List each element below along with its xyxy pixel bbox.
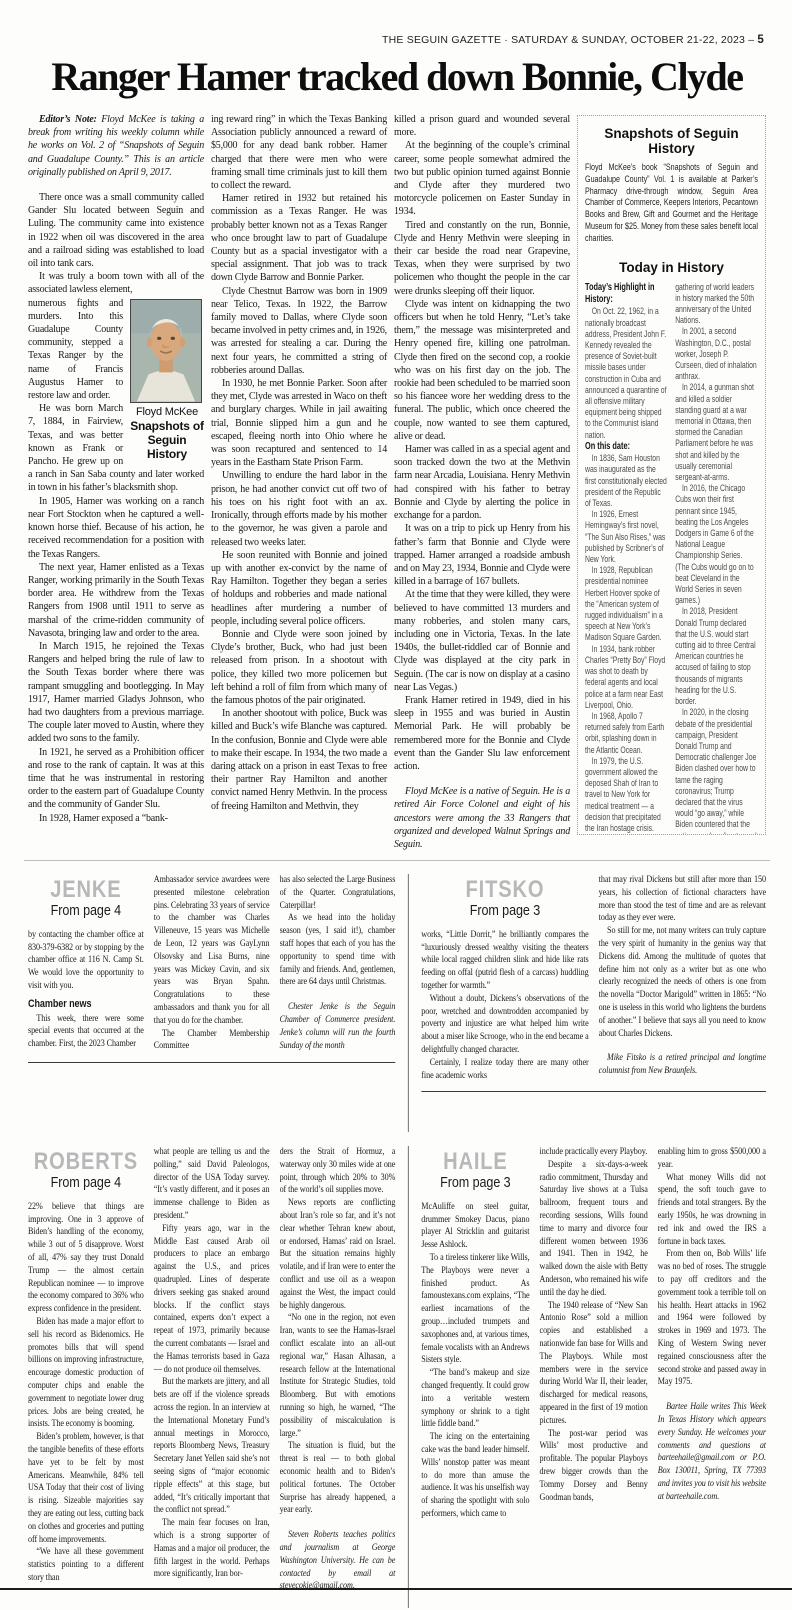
- history-entry: gathering of world leaders in history ma…: [675, 282, 758, 327]
- paragraph: Without a doubt, Dickens’s observations …: [421, 993, 588, 1057]
- paragraph: Tired and constantly on the run, Bonnie,…: [394, 219, 570, 298]
- haile-column-1: HAILE From page 3 McAuliffe on steel gui…: [421, 1146, 529, 1521]
- section-from-jenke: From page 4: [28, 905, 144, 918]
- history-entry: In 2016, the Chicago Cubs won their firs…: [675, 483, 758, 606]
- history-entry: In 1981, the Professional Air Traffic Co…: [585, 834, 668, 835]
- section-from-haile: From page 3: [421, 1177, 529, 1190]
- paragraph: Biden has made a major effort to sell hi…: [28, 1316, 144, 1431]
- photo-box: Floyd McKee Snapshots of Seguin History: [130, 299, 204, 461]
- article-column-1: Editor’s Note: Floyd McKee is taking a b…: [28, 113, 204, 855]
- section-title-fitsko: FITSKO: [421, 877, 588, 902]
- paragraph: “No one in the region, not even Iran, wa…: [280, 1312, 396, 1440]
- paragraph: Despite a six-days-a-week radio commitme…: [540, 1159, 648, 1300]
- paragraph: The next year, Hamer enlisted as a Texas…: [28, 561, 204, 640]
- section-roberts: ROBERTS From page 4 22% believe that thi…: [28, 1146, 395, 1593]
- history-entry: In 2001, a second Washington, D.C., post…: [675, 326, 758, 382]
- history-sidebar: Snapshots of Seguin History Floyd McKee’…: [577, 115, 766, 835]
- article-column-2: ing reward ring” in which the Texas Bank…: [211, 113, 387, 855]
- paragraph: Unwilling to endure the hard labor in th…: [211, 469, 387, 548]
- main-article: Editor’s Note: Floyd McKee is taking a b…: [28, 113, 766, 855]
- paragraph: Floyd McKee is a native of Seguin. He is…: [394, 785, 570, 851]
- fitsko-column-1: FITSKO From page 3 works, “Little Dorrit…: [421, 874, 588, 1082]
- article-col1-top: Editor’s Note: Floyd McKee is taking a b…: [28, 113, 204, 297]
- history-entry: On Oct. 22, 1962, in a nationally broadc…: [585, 306, 668, 440]
- roberts-column-2: what people are telling us and the polli…: [154, 1146, 270, 1593]
- jenke-column-2: Ambassador service awardees were present…: [154, 874, 270, 1053]
- masthead-text: THE SEGUIN GAZETTE · SATURDAY & SUNDAY, …: [382, 34, 754, 46]
- paragraph: In 1905, Hamer was working on a ranch ne…: [28, 495, 204, 561]
- paragraph: Chamber news: [28, 998, 144, 1011]
- paragraph: Bonnie and Clyde were soon joined by Cly…: [211, 628, 387, 707]
- paragraph: The Chamber Membership Committee: [154, 1028, 270, 1054]
- section-separator-rule: [24, 860, 770, 861]
- history-column-left: Today’s Highlight in History:On Oct. 22,…: [585, 282, 668, 835]
- fitsko-column-2: that may rival Dickens but still after m…: [599, 874, 766, 1082]
- paragraph: Hamer was called in as a special agent a…: [394, 443, 570, 522]
- paragraph: include practically every Playboy.: [540, 1146, 648, 1159]
- newspaper-page: THE SEGUIN GAZETTE · SATURDAY & SUNDAY, …: [0, 0, 792, 1610]
- history-entry: In 1836, Sam Houston was inaugurated as …: [585, 453, 668, 509]
- haile-column-3: enabling him to gross $500,000 a year.Wh…: [658, 1146, 766, 1521]
- paragraph: Ambassador service awardees were present…: [154, 874, 270, 1028]
- paragraph: So still for me, not many writers can tr…: [599, 925, 766, 1040]
- article-col2-text: ing reward ring” in which the Texas Bank…: [211, 113, 387, 813]
- paragraph: As we head into the holiday season (yes,…: [280, 912, 396, 989]
- history-entry: In 1968, Apollo 7 returned safely from E…: [585, 711, 668, 756]
- paragraph: 22% believe that things are improving. O…: [28, 1201, 144, 1316]
- page-bottom-rule: [0, 1588, 792, 1590]
- paragraph: killed a prison guard and wounded severa…: [394, 113, 570, 139]
- floyd-mckee-photo: [130, 299, 202, 403]
- jenke-column-3: has also selected the Large Business of …: [280, 874, 396, 1053]
- paragraph: At the time that they were killed, they …: [394, 588, 570, 694]
- paragraph: From then on, Bob Wills’ life was no bed…: [658, 1248, 766, 1389]
- paragraph: Frank Hamer retired in 1949, died in his…: [394, 694, 570, 773]
- section-haile: HAILE From page 3 McAuliffe on steel gui…: [421, 1146, 766, 1521]
- paragraph: “The band’s makeup and size changed freq…: [421, 1367, 529, 1431]
- paragraph: In 1928, Hamer exposed a “bank-: [28, 812, 204, 825]
- paragraph: ing reward ring” in which the Texas Bank…: [211, 113, 387, 192]
- paragraph: The 1940 release of “New San Antonio Ros…: [540, 1300, 648, 1428]
- history-entry: In 2018, President Donald Trump declared…: [675, 606, 758, 707]
- paragraph: In March 1915, he rejoined the Texas Ran…: [28, 640, 204, 746]
- history-entry: In 2014, a gunman shot and killed a sold…: [675, 382, 758, 483]
- snapshots-box-text: Floyd McKee’s book “Snapshots of Seguin …: [585, 162, 758, 245]
- paragraph: What money Wills did not spend, the soft…: [658, 1172, 766, 1249]
- article-column-3: killed a prison guard and wounded severa…: [394, 113, 570, 855]
- paragraph: “We have all these government statistics…: [28, 1546, 144, 1584]
- paragraph: Bartee Haile writes This Week In Texas H…: [658, 1401, 766, 1503]
- history-entry: In 1979, the U.S. government allowed the…: [585, 756, 668, 834]
- paragraph: News reports are conflicting about Iran’…: [280, 1197, 396, 1312]
- continuations-row-1: JENKE From page 4 by contacting the cham…: [28, 874, 766, 1132]
- history-entry: In 1926, Ernest Hemingway’s first novel,…: [585, 509, 668, 565]
- paragraph: Certainly, I realize today there are man…: [421, 1057, 588, 1083]
- paragraph: Editor’s Note: Floyd McKee is taking a b…: [28, 113, 204, 179]
- section-from-roberts: From page 4: [28, 1177, 144, 1190]
- article-col3-text: killed a prison guard and wounded severa…: [394, 113, 570, 851]
- section-title-jenke: JENKE: [28, 877, 144, 902]
- section-title-haile: HAILE: [421, 1149, 529, 1174]
- today-in-history: Today’s Highlight in History:On Oct. 22,…: [585, 282, 758, 835]
- paragraph: has also selected the Large Business of …: [280, 874, 396, 912]
- paragraph: There once was a small community called …: [28, 191, 204, 270]
- paragraph: works, “Little Dorrit,” he brilliantly c…: [421, 929, 588, 993]
- today-in-history-title: Today in History: [585, 260, 758, 275]
- history-entry: In 2020, in the closing debate of the pr…: [675, 707, 758, 835]
- column-divider: [408, 874, 409, 1132]
- paragraph: Hamer retired in 1932 but retained his c…: [211, 192, 387, 284]
- section-from-fitsko: From page 3: [421, 905, 588, 918]
- paragraph: Mike Fitsko is a retired principal and l…: [599, 1052, 766, 1078]
- headline: Ranger Hamer tracked down Bonnie, Clyde: [28, 53, 766, 100]
- paragraph: Fifty years ago, war in the Middle East …: [154, 1223, 270, 1377]
- paragraph: Chester Jenke is the Seguin Chamber of C…: [280, 1001, 396, 1052]
- photo-caption-name: Floyd McKee: [130, 406, 204, 419]
- snapshots-box-title: Snapshots of Seguin History: [585, 126, 758, 156]
- section-title-roberts: ROBERTS: [28, 1149, 144, 1174]
- column-divider: [408, 1146, 409, 1608]
- paragraph: that may rival Dickens but still after m…: [599, 874, 766, 925]
- paragraph: what people are telling us and the polli…: [154, 1146, 270, 1223]
- paragraph: In another shootout with police, Buck wa…: [211, 707, 387, 813]
- paragraph: ders the Strait of Hormuz, a waterway on…: [280, 1146, 396, 1197]
- paragraph: Steven Roberts teaches politics and jour…: [280, 1529, 396, 1593]
- paragraph: The situation is fluid, but the threat i…: [280, 1440, 396, 1517]
- page-number: 5: [757, 34, 764, 46]
- section-jenke: JENKE From page 4 by contacting the cham…: [28, 874, 395, 1063]
- paragraph: The main fear focuses on Iran, which is …: [154, 1517, 270, 1581]
- history-entry: On this date:: [585, 441, 668, 453]
- history-column-right: gathering of world leaders in history ma…: [675, 282, 758, 835]
- paragraph: The post-war period was Wills’ most prod…: [540, 1428, 648, 1505]
- roberts-column-3: ders the Strait of Hormuz, a waterway on…: [280, 1146, 396, 1593]
- history-entry: In 1934, bank robber Charles “Pretty Boy…: [585, 644, 668, 711]
- paragraph: by contacting the chamber office at 830-…: [28, 929, 144, 993]
- snapshots-box: Floyd McKee’s book “Snapshots of Seguin …: [585, 162, 758, 245]
- paragraph: Clyde Chestnut Barrow was born in 1909 n…: [211, 285, 387, 377]
- paragraph: It was on a trip to pick up Henry from h…: [394, 522, 570, 588]
- paragraph: To a tireless tinkerer like Wills, The P…: [421, 1252, 529, 1367]
- haile-column-2: include practically every Playboy.Despit…: [540, 1146, 648, 1521]
- continuations-row-2: ROBERTS From page 4 22% believe that thi…: [28, 1146, 766, 1608]
- paragraph: In 1930, he met Bonnie Parker. Soon afte…: [211, 377, 387, 469]
- paragraph: enabling him to gross $500,000 a year.: [658, 1146, 766, 1172]
- paragraph: Clyde was intent on kidnapping the two o…: [394, 298, 570, 443]
- paragraph: The icing on the entertaining cake was t…: [421, 1431, 529, 1521]
- masthead: THE SEGUIN GAZETTE · SATURDAY & SUNDAY, …: [28, 34, 764, 46]
- paragraph: McAuliffe on steel guitar, drummer Smoke…: [421, 1201, 529, 1252]
- history-entry: Today’s Highlight in History:: [585, 282, 668, 307]
- paragraph: But the markets are jittery, and all bet…: [154, 1376, 270, 1517]
- paragraph: He soon reunited with Bonnie and joined …: [211, 549, 387, 628]
- paragraph: It was truly a boom town with all of the…: [28, 270, 204, 296]
- photo-caption-title: Snapshots of Seguin History: [130, 419, 204, 461]
- roberts-column-1: ROBERTS From page 4 22% believe that thi…: [28, 1146, 144, 1593]
- history-entry: In 1928, Republican presidential nominee…: [585, 565, 668, 643]
- jenke-column-1: JENKE From page 4 by contacting the cham…: [28, 874, 144, 1053]
- paragraph: At the beginning of the couple’s crimina…: [394, 139, 570, 218]
- section-fitsko: FITSKO From page 3 works, “Little Dorrit…: [421, 874, 766, 1092]
- paragraph: In 1921, he served as a Prohibition offi…: [28, 746, 204, 812]
- paragraph: This week, there were some special event…: [28, 1013, 144, 1051]
- paragraph: Biden’s problem, however, is that the ta…: [28, 1431, 144, 1546]
